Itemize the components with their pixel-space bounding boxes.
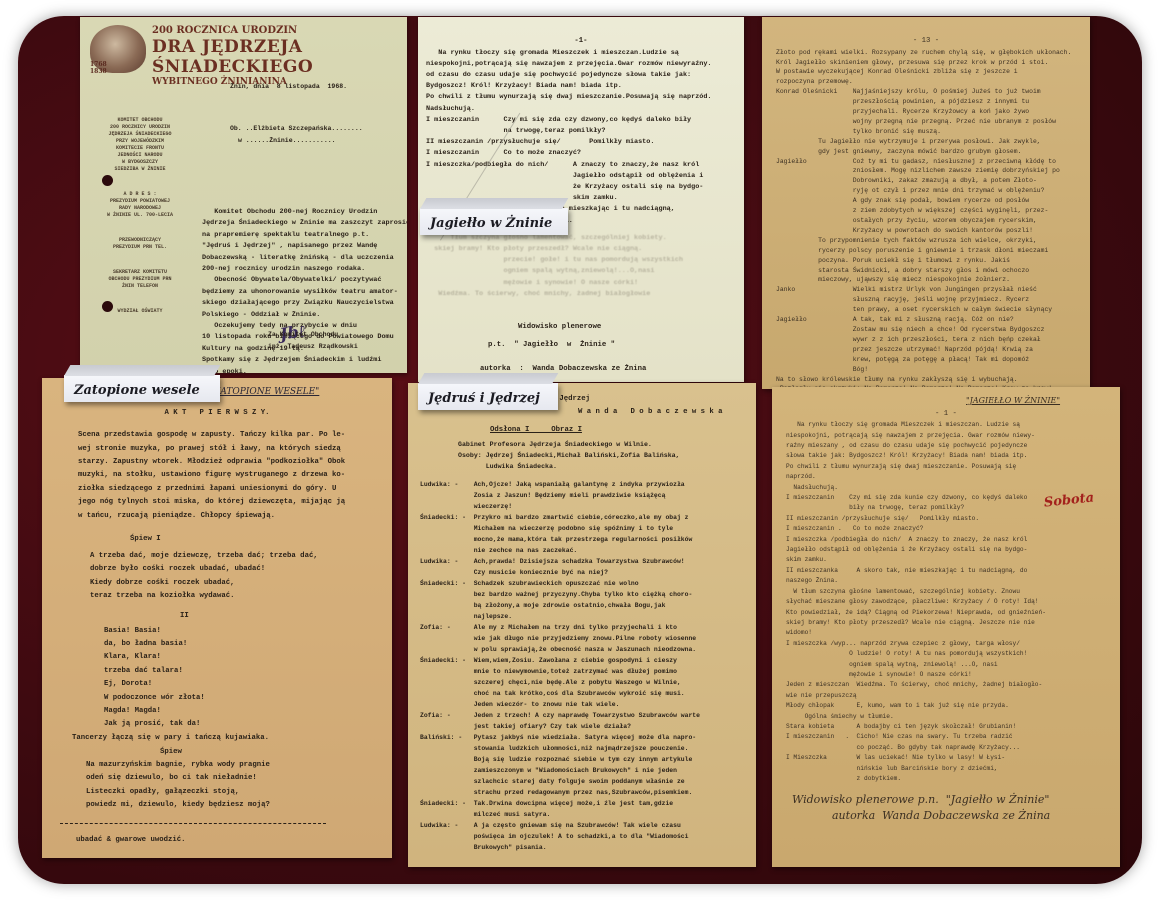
text-line: niespokojni,potrącają się nawzajem z prz… <box>426 59 736 70</box>
act-heading: A K T P I E R W S Z Y. <box>60 407 374 420</box>
text-line: I mieszczanin . Cicho! Nie czas na swary… <box>786 732 1106 742</box>
handwritten-title: "JAGIEŁŁO W ŻNINIE" <box>966 395 1106 408</box>
song-title: II <box>180 610 374 623</box>
text-line: co począć. Bo gdyby tak naprawdę Krzyżac… <box>786 743 1106 753</box>
handwritten-title: "ZATOPIONE WESELE" <box>210 386 374 399</box>
text-line: Dobrowniki, zakaz zmazują a dbył, a pote… <box>776 176 1076 186</box>
text-line: Jagiełło A tak, tak mi z słuszną racją. … <box>776 315 1076 325</box>
dialogue-line: strachu przed redagowanym przez nas,Szub… <box>420 787 744 798</box>
dialogue-line-speaker: Ludwika: - A ja często gniewam się na Sz… <box>420 820 744 831</box>
text-line: ziołka siedzącego z przednimi łapami uni… <box>78 483 374 496</box>
zatopione-wesele-typescript: "ZATOPIONE WESELE" A K T P I E R W S Z Y… <box>42 378 392 858</box>
setting: Gabinet Profesora Jędrzeja Śniadeckiego … <box>420 439 744 473</box>
text-line: przeszłością powinien, a pójdziesz z inn… <box>776 97 1076 107</box>
dialogue-line-speaker: Baliński: - Pytasz jakbyś nie wiedziała.… <box>420 732 744 743</box>
lyric-line: Kiedy dobrze cośki roczek ubadać, <box>90 577 374 591</box>
genre: Widowisko plenerowe <box>518 321 601 334</box>
text-line: jego epoki. <box>202 367 402 373</box>
text-line: na trwogę,teraz pomilkły? <box>426 126 736 137</box>
text-line: z dobytkiem. <box>786 774 1106 784</box>
handwritten-line: Widowisko plenerowe p.n. "Jagiełło w Żni… <box>792 792 1106 808</box>
text-line: Po chwili z tłumu wynurzają się dwaj mie… <box>426 92 736 103</box>
punch-hole <box>102 301 113 312</box>
text-line: Gabinet Profesora Jędrzeja Śniadeckiego … <box>458 439 744 450</box>
text-line: I Mieszczka W las uciekać! Nie tylko w l… <box>786 753 1106 763</box>
portrait-image: 1768 1838 <box>90 25 146 73</box>
sidebar-block: PRZEWODNICZĄCY PREZYDIUM PRN TEL. <box>90 237 190 251</box>
text-line: II mieszczanin /przysłuchuje się/ Pomilk… <box>426 137 736 148</box>
divider <box>60 823 326 824</box>
text-line: Jagiełło Coż ty mi tu gadasz, niesłuszne… <box>776 157 1076 167</box>
text-line: Nadsłuchują. <box>426 104 736 115</box>
dialogue-line: wieczerzę! <box>420 501 744 512</box>
text-line: raźny mieszany , od czasu do czasu udaje… <box>786 441 1106 451</box>
play-title: p.t. " Jagiełło w Żninie " <box>488 339 615 352</box>
text-line: I mieszczanin . Co to może znaczyć? <box>786 524 1106 534</box>
dialogue-line: Jeden wieczór- to znowu nie tak wiele. <box>420 699 744 710</box>
dialogue-line: w polu sprawiają,że obecność nasza w Jas… <box>420 644 744 655</box>
dialogue-line: Zosia z Jaszun! Będziemy mieli prawdziwi… <box>420 490 744 501</box>
jedrus-i-jedrzej-typescript: Jędruś i Jędrzej W a n d a D o b a c z e… <box>408 383 756 867</box>
text-line: Konrad Oleśnicki Najjaśniejszy królu, O … <box>776 87 1076 97</box>
script-author: W a n d a D o b a c z e w s k a <box>578 406 744 419</box>
dialogue-line-speaker: Śniadecki: - Tak.Drwina dowcipna więcej … <box>420 798 744 809</box>
signature-line: Za Komitet Obchodu <box>268 329 358 341</box>
typescript-lines: Złoto pod rękami wielki. Rozsypany ze ru… <box>776 48 1076 389</box>
text-line: Po chwili z tłumu wynurzają się dwaj mie… <box>786 462 1106 472</box>
dialogue-line: mnie to niewymownie,toteż zatrzymać was … <box>420 666 744 677</box>
text-line: wywr z z ich przeszłości, tera z nich bę… <box>776 335 1076 345</box>
text-line: krew, potęgą za potęgę a płacą! Tak mi d… <box>776 355 1076 365</box>
dialogue-line: bez bardzo ważnej przyczyny.Chyba tylko … <box>420 589 744 600</box>
text-line: I mieszczka /podbiegła do nich/ A znaczy… <box>786 535 1106 545</box>
lyric-line: da, bo ładna basia! <box>104 638 374 651</box>
sidebar-block: A D R E S : PREZYDIUM POWIATOWEJ RADY NA… <box>90 191 190 219</box>
text-line: skim zamku. <box>786 555 1106 565</box>
text-line: Osoby: Jędrzej Śniadecki,Michał Baliński… <box>458 450 744 461</box>
text-line: jego nóg tylnych stoi miska, do której d… <box>78 496 374 509</box>
lyric-line: trzeba dać talara! <box>104 665 374 678</box>
text-line: muzyki, na stołku, ustawiono figurę wyst… <box>78 469 374 482</box>
text-line: gdy jest gniewny, zaczyna mówić bardzo g… <box>776 147 1076 157</box>
jagiello-manuscript: "JAGIEŁŁO W ŻNINIE" - 1 - Na rynku tłocz… <box>772 387 1120 867</box>
label-zatopione-wesele: Zatopione wesele <box>64 375 220 402</box>
text-line: Bydgoszcz! Król! Krzyżacy! Biada nam! bi… <box>426 81 736 92</box>
text-line: Nadsłuchują. <box>786 483 1106 493</box>
text-line: poczyna. Poruk uciekł się i tłumowi z ry… <box>776 256 1076 266</box>
text-line: Krzyżacy w powrotach do swoich kantorów … <box>776 226 1076 236</box>
dialogue-line: nie zechce na nas zaczekać. <box>420 545 744 556</box>
text-line: od czasu do czasu udaje się pochwycić po… <box>426 70 736 81</box>
text-line: słychać mieszane głosy zawodzące, płaczl… <box>786 597 1106 607</box>
text-line: Spotkamy się z Jędrzejem Śniadeckim i lu… <box>202 355 402 366</box>
letterhead-years: 1768 1838 <box>90 61 107 75</box>
lyric-line: Ej, Dorota! <box>104 678 374 691</box>
text-line: W tłum szczyna głośne lamentować, szczeg… <box>786 587 1106 597</box>
lyric-line: Magda! Magda! <box>104 705 374 718</box>
text-line: O ludzie! O roty! A tu nas pomordują wsz… <box>786 649 1106 659</box>
text-line: Komitet Obchodu 200-nej Rocznicy Urodzin <box>202 207 402 218</box>
text-line: Jagiełło odstąpił od oblężenia i <box>426 171 736 182</box>
text-line: Stara kobieta A bodajby ci ten język sko… <box>786 722 1106 732</box>
text-line: ryję ot czył i przez mnie dni trzymać w … <box>776 186 1076 196</box>
dialogue-line: zamieszczonym w "Wiadomościach Brukowych… <box>420 765 744 776</box>
text-line: mieczowy, ująwszy się miecz niespokojnie… <box>776 275 1076 285</box>
letter-recipient: Ob. ..Elżbieta Szczepańska........ <box>230 123 363 136</box>
text-line: 200-nej rocznicy urodzin naszego rodaka. <box>202 264 402 275</box>
text-line: z ziem zdobytych w większej części wygin… <box>776 206 1076 216</box>
text-line: na prapremierę spektaklu teatralnego p.t… <box>202 230 402 241</box>
text-line: tylko bronić się muszą. <box>776 127 1076 137</box>
song-lyrics: Na mazurzyńskim bagnie, rybka wody pragn… <box>60 759 374 813</box>
scene-heading: Odsłona I Obraz I <box>490 424 744 437</box>
lyric-line: odeń się dziewulo, bo ci tak nieładnie! <box>86 772 374 785</box>
text-line: Polskiego - Oddział w Żninie. <box>202 310 402 321</box>
dialogue-line-speaker: Śniadecki: - Wiem,wiem,Zosiu. Zawołana z… <box>420 655 744 666</box>
dialogue-line: milczeć musi satyra. <box>420 809 744 820</box>
lyric-line: Jak ją prosić, tak da! <box>104 718 374 731</box>
signature-block: Za Komitet Obchoduinż. Tadeusz Rządkowsk… <box>268 329 358 353</box>
text-line: wojny przegną nie przegną. Przeć nie ubr… <box>776 117 1076 127</box>
text-line: rycerzy polscy poruszenie i gniewnie i t… <box>776 246 1076 256</box>
lyric-line: powiedz mi, dziewulo, kiedy będziesz moj… <box>86 799 374 812</box>
text-line: słuszną racyję, jeśli wojnę przyjmiecz. … <box>776 295 1076 305</box>
lyric-line: Listeczki opadły, gałązeczki stoją, <box>86 786 374 799</box>
song-title: Śpiew <box>160 746 374 759</box>
dialogue-line: poświęca im ojczulek! A to schadzki,a to… <box>420 831 744 842</box>
text-line: przez jeszcze utrzymać! Naprzód pójdą! K… <box>776 345 1076 355</box>
text-line: Na rynku tłoczy się gromada Mieszczek i … <box>786 420 1106 430</box>
text-line: Król Jagiełło skinieniem głowy, przesuwa… <box>776 58 1076 68</box>
text-line: Janko Wielki mistrz Urlyk von Jungingen … <box>776 285 1076 295</box>
text-line: w tańcu, rzucają pieniądze. Chłopcy śpie… <box>78 510 374 523</box>
signature-line: inż. Tadeusz Rządkowski <box>268 341 358 353</box>
text-line: Złoto pod rękami wielki. Rozsypany ze ru… <box>776 48 1076 58</box>
text-line: Na to słowo królewskie tłumy na rynku za… <box>776 375 1076 385</box>
text-line: I mieszczanin Co to może znaczyć? <box>426 148 736 159</box>
text-line: rozpoczyna przemowę. <box>776 77 1076 87</box>
dialogue-line-speaker: Zofia: - Ale my z Michałem na trzy dni t… <box>420 622 744 633</box>
text-line: mężowie i synowie! O nasze córki! <box>786 670 1106 680</box>
handwritten-line: autorka Wanda Dobaczewska ze Żnina <box>792 808 1106 824</box>
text-line: I mieszczka /wyp... naprzód zrywa czepie… <box>786 639 1106 649</box>
lyric-line: teraz trzeba na koziołka wydawać. <box>90 590 374 604</box>
text-line: I mieszczka/podbiegła do nich/ A znaczy … <box>426 160 736 171</box>
lyric-line: Klara, Klara! <box>104 651 374 664</box>
text-line: starzy. Zapustny wtorek. Młodzież odpraw… <box>78 456 374 469</box>
text-line: starosta Świdnicki, a dobry starszy głos… <box>776 266 1076 276</box>
text-line: "Jędruś i Jędrzej" , napisanego przez Wa… <box>202 241 402 252</box>
bleed-through-text: Tłum szczyna głośno lamentować, szczegól… <box>426 233 736 300</box>
text-line: Ogólna śmiechy w tłumie. <box>786 712 1106 722</box>
dialogue-line: wie jak długo nie przyjedziemy znowu.Pil… <box>420 633 744 644</box>
typescript-lines: Na rynku tłoczy się gromada Mieszczek i … <box>786 420 1106 784</box>
text-line: wie nie przepuszczą <box>786 691 1106 701</box>
text-line: nińskie lub Barcińskie bory z dziećmi, <box>786 764 1106 774</box>
text-line: W postawie wyczekującej Konrad Oleśnicki… <box>776 67 1076 77</box>
label-jedrus-i-jedrzej: Jędruś i Jędrzej <box>418 383 558 410</box>
text-line: Tu Jagiełło nie wytrzymuje i przerywa po… <box>776 137 1076 147</box>
song-lyrics: Basia! Basia!da, bo ładna basia!Klara, K… <box>60 625 374 732</box>
text-line: Jagiełło odstąpił od oblężenia i że Krzy… <box>786 545 1106 555</box>
dialogue-line-speaker: Śniadecki: - Przykro mi bardzo zmartwić … <box>420 512 744 523</box>
dialogue-line: Czy musicie koniecznie być na niej? <box>420 567 744 578</box>
text-line: naprzód. <box>786 472 1106 482</box>
text-line: będziemy za uhonorowanie wysiłków teatru… <box>202 287 402 298</box>
punch-hole <box>102 175 113 186</box>
label-jagiello: Jagiełło w Żninie <box>420 208 568 235</box>
dialogue-line: stowania ludzkich ułomności,niż najmądrz… <box>420 743 744 754</box>
text-line: Bóg! <box>776 365 1076 375</box>
text-line: Na rynku tłoczy się gromada Mieszczek i … <box>426 48 736 59</box>
song-title: Śpiew I <box>130 533 374 546</box>
dialogue-line: Boją się ludzie rozpoznać siebie w tym c… <box>420 754 744 765</box>
text-line: Jeden z mieszczan Wiedźma. To ścierwy, c… <box>786 680 1106 690</box>
text-line: ogniem spalą wytną, zniewolą! ...O, nasi <box>786 660 1106 670</box>
sidebar-block: KOMITET OBCHODU 200 ROCZNICY URODZIN JĘD… <box>90 117 190 173</box>
dialogue-line: jest takiej ofiary? Czy tak wiele działa… <box>420 721 744 732</box>
text-line: skiego działającego przy Związku Nauczyc… <box>202 298 402 309</box>
lyric-line: Na mazurzyńskim bagnie, rybka wody pragn… <box>86 759 374 772</box>
stage-direction: Scena przedstawia gospodę w zapusty. Tań… <box>60 429 374 523</box>
text-line: Scena przedstawia gospodę w zapusty. Tań… <box>78 429 374 442</box>
lyric-line: W podoczonce wór złota! <box>104 692 374 705</box>
invitation-letter: 1768 1838 200 ROCZNICA URODZIN DRA JĘDRZ… <box>80 17 407 373</box>
text-line: II mieszczanin /przysłuchuje się/ Pomilk… <box>786 514 1106 524</box>
song-lyrics: A trzeba dać, moje dziewczę, trzeba dać;… <box>60 550 374 604</box>
footnote: ubadać & gwarowe uwodzić. <box>60 834 374 847</box>
letterhead-line1: 200 ROCZNICA URODZIN <box>152 25 397 37</box>
text-line: Obecność Obywatela/Obywatelki/ poczytywa… <box>202 275 402 286</box>
dialogue-line: Brukowych" pisania. <box>420 842 744 853</box>
dialogue: Ludwika: - Ach,Ojcze! Jaką wspaniałą gal… <box>420 479 744 853</box>
page-number: -1- <box>426 35 736 48</box>
letterhead-line2: DRA JĘDRZEJA ŚNIADECKIEGO <box>152 37 397 77</box>
text-line: II mieszczanka A skoro tak, nie mieszkaj… <box>786 566 1106 576</box>
text-line: Kto powiedział, że idą? Ciągną od Piekor… <box>786 608 1106 618</box>
text-line: niespokojni, potrącają się nawzajem z pr… <box>786 431 1106 441</box>
dialogue-line: szlachcic starej daty folguje swoim podd… <box>420 776 744 787</box>
letterhead: 1768 1838 200 ROCZNICA URODZIN DRA JĘDRZ… <box>90 25 397 88</box>
lyric-line: dobrze było cośki roczek ubadać, ubadać! <box>90 563 374 577</box>
dialogue-line: szczerej chęci,nie będę.Ale z pobytu Was… <box>420 677 744 688</box>
text-line: słowa takie jak: Bydgoszcz! Król! Krzyża… <box>786 451 1106 461</box>
text-line: ten prawy, a oset rycerskich w całym świ… <box>776 305 1076 315</box>
stage-direction: Tancerzy łączą się w pary i tańczą kujaw… <box>60 732 374 745</box>
dialogue-line: choć na tak krótko,coś dla Szubrawców wy… <box>420 688 744 699</box>
letter-recipient-place: w ......Żninie........... <box>238 135 336 148</box>
page-number: - 13 - <box>776 35 1076 48</box>
dialogue-line-speaker: Ludwika: - Ach,prawda! Dzisiejsza schadz… <box>420 556 744 567</box>
dialogue-line-speaker: Śniadecki: - Schadzek szubrawieckich opu… <box>420 578 744 589</box>
text-line: Ludwika Śniadecka. <box>458 461 744 472</box>
dialogue-line: Michałem na wieczerzę podobno się spóźni… <box>420 523 744 534</box>
dialogue-line: mocno,że mama,która tak przestrzega regu… <box>420 534 744 545</box>
text-line: naszego Żnina. <box>786 576 1106 586</box>
page-number: - 1 - <box>786 408 1106 421</box>
text-line: zniosłem. Mogę nizlichem zawsze ziemię d… <box>776 166 1076 176</box>
text-line: ostałych przy życiu, wzorem obyczajem ry… <box>776 216 1076 226</box>
page-13-typescript: - 13 - Złoto pod rękami wielki. Rozsypan… <box>762 17 1090 389</box>
text-line: przyjechali. Rycerze Krzyżowcy a koń jak… <box>776 107 1076 117</box>
dialogue-line: bą złożony,a moje zdrowie ostatnio,chwał… <box>420 600 744 611</box>
dialogue-line-speaker: Ludwika: - Ach,Ojcze! Jaką wspaniałą gal… <box>420 479 744 490</box>
dialogue-line: najlepsze. <box>420 611 744 622</box>
text-line: Zostaw mu się niech a chce! Od rycerstwa… <box>776 325 1076 335</box>
text-line: To przypomnienie tych faktów wzrusza ich… <box>776 236 1076 246</box>
text-line: Młody chłopak E, kumo, wam to i tak już … <box>786 701 1106 711</box>
text-line: wej stronie muzyka, po prawej stół i ław… <box>78 443 374 456</box>
title-block: Widowisko plenerowe <box>518 321 601 334</box>
letter-date: Żnin, dnia 8 listopada 1968. <box>230 81 347 94</box>
text-line: skiej bramy! Kto płoty przeszedł? Wcale … <box>786 618 1106 628</box>
text-line: widomo! <box>786 628 1106 638</box>
dialogue-line-speaker: Zofia: - Jeden z trzech! A czy naprawdę … <box>420 710 744 721</box>
text-line: A gdy znak się podał, bowiem rycerze od … <box>776 196 1076 206</box>
lyric-line: A trzeba dać, moje dziewczę, trzeba dać;… <box>90 550 374 564</box>
text-line: Jędrzeja Śniadeckiego w Żninie ma zaszcz… <box>202 218 402 229</box>
sidebar-block: SEKRETARZ KOMITETU OBCHODU PREZYDIUM PRN… <box>90 269 190 290</box>
text-line: Dobaczewską - literatkę żnińską - dla uc… <box>202 253 402 264</box>
text-line: I mieszczanin Czy mi się zda czy dzwony,… <box>426 115 736 126</box>
handwritten-footer: Widowisko plenerowe p.n. "Jagiełło w Żni… <box>786 792 1106 824</box>
lyric-line: Basia! Basia! <box>104 625 374 638</box>
